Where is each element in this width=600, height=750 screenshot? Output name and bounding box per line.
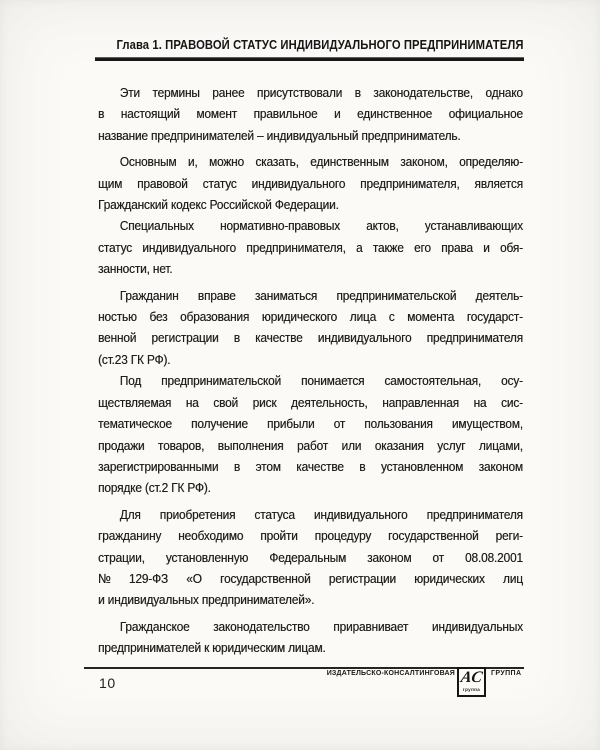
text-line: тематическоеполучениеприбылиотпользовани… <box>98 413 523 434</box>
publisher-logo-caption: группа <box>459 687 484 692</box>
publisher-name-left: ИЗДАТЕЛЬСКО-КОНСАЛТИНГОВАЯ <box>318 670 455 677</box>
paragraph: Подпредпринимательскойпонимаетсясамостоя… <box>98 370 523 498</box>
word: № <box>98 568 111 589</box>
word: Специальных <box>120 215 194 236</box>
word: единственным <box>310 151 389 172</box>
word: однако <box>485 82 522 103</box>
word: пользования <box>364 413 432 434</box>
word: качестве <box>296 456 344 477</box>
word: деятель- <box>476 285 523 306</box>
word: индивидуального <box>318 327 412 348</box>
word: государственной <box>220 568 310 589</box>
word: этом <box>255 456 280 477</box>
text-line: Гражданинвправезаниматьсяпредприниматель… <box>98 285 523 306</box>
publisher-logo: АС группа <box>457 667 486 697</box>
word: также <box>373 237 404 258</box>
word: зарегистрированными <box>98 456 218 477</box>
text-line: Дляприобретениястатусаиндивидуальногопре… <box>98 504 523 525</box>
word: регистрации <box>151 327 218 348</box>
word: щим <box>98 173 122 194</box>
text-line: ществляемаянасвойрискдеятельность,направ… <box>98 392 523 413</box>
word: заниматься <box>255 285 317 306</box>
word: момента <box>407 306 454 327</box>
publisher-monogram-icon: АС <box>457 669 485 687</box>
word: на <box>474 392 487 413</box>
word: гражданину <box>98 525 161 546</box>
text-line: предпринимателей к юридическим лицам. <box>98 637 523 658</box>
word: ранее <box>212 82 244 103</box>
text-line: порядке (ст.2 ГК РФ). <box>98 477 523 498</box>
word: индивидуальных <box>432 616 523 637</box>
word: от <box>432 547 443 568</box>
word: работ <box>297 435 328 456</box>
word: юридического <box>262 306 337 327</box>
word: и, <box>188 151 198 172</box>
word: Для <box>120 504 141 525</box>
text-line: Подпредпринимательскойпонимаетсясамостоя… <box>98 370 523 391</box>
paragraph: Гражданскоезаконодательствоприравниваети… <box>98 616 523 659</box>
word: 129-ФЗ <box>129 568 168 589</box>
word: в <box>359 456 365 477</box>
word: прибыли <box>267 413 315 434</box>
word: венной <box>98 327 136 348</box>
word: и <box>334 103 340 124</box>
page-number: 10 <box>99 675 116 691</box>
word: имуществом, <box>452 413 523 434</box>
word: статус <box>98 237 132 258</box>
word: правильное <box>254 103 318 124</box>
word: на <box>186 392 199 413</box>
word: является <box>474 173 522 194</box>
paragraph: Специальныхнормативно-правовыхактов,уста… <box>98 215 523 279</box>
word: процедуру <box>315 525 371 546</box>
publisher-name-right: ГРУППА <box>491 670 521 677</box>
word: лицами, <box>479 435 523 456</box>
word: самостоятельная, <box>384 370 481 391</box>
text-line: страции,установленнуюФедеральнымзакономо… <box>98 547 523 568</box>
text-line: (ст.23 ГК РФ). <box>98 349 523 370</box>
word: Гражданское <box>120 616 190 637</box>
text-line: продажитоваров,выполненияработилиоказани… <box>98 435 523 456</box>
book-page: Глава 1. ПРАВОВОЙ СТАТУС ИНДИВИДУАЛЬНОГО… <box>0 0 600 750</box>
word: можно <box>209 151 244 172</box>
word: качестве <box>255 327 303 348</box>
word: или <box>341 435 361 456</box>
word: момент <box>196 103 237 124</box>
word: сказать, <box>255 151 298 172</box>
word: предпринимательской <box>336 285 456 306</box>
text-line: Основными,можносказать,единственнымзакон… <box>98 151 523 172</box>
word: и <box>483 237 489 258</box>
word: а <box>356 237 362 258</box>
word: настоящий <box>121 103 180 124</box>
word: без <box>149 306 167 327</box>
word: законом <box>367 547 411 568</box>
text-line: Этитерминыранееприсутствоваливзаконодате… <box>98 82 523 103</box>
word: Под <box>120 370 141 391</box>
word: индивидуального <box>252 173 346 194</box>
word: услуг <box>437 435 465 456</box>
word: с <box>389 306 395 327</box>
text-line: Гражданскоезаконодательствоприравниваети… <box>98 616 523 637</box>
word: необходимо <box>178 525 243 546</box>
paragraph: Основными,можносказать,единственнымзакон… <box>98 151 523 215</box>
word: термины <box>152 82 199 103</box>
word: ществляемая <box>98 392 171 413</box>
word: приравнивает <box>333 616 408 637</box>
word: страции, <box>98 547 145 568</box>
word: актов, <box>366 215 399 236</box>
word: лиц <box>503 568 523 589</box>
text-line: занности, нет. <box>98 258 523 279</box>
word: пройти <box>260 525 297 546</box>
text-line: №129-ФЗ«Огосударственнойрегистрацииюриди… <box>98 568 523 589</box>
word: риск <box>253 392 277 413</box>
text-line: веннойрегистрациивкачествеиндивидуальног… <box>98 327 523 348</box>
paragraph: Дляприобретениястатусаиндивидуальногопре… <box>98 504 523 611</box>
word: товаров, <box>158 435 204 456</box>
header-rule <box>95 57 524 61</box>
text-line: щимправовойстатусиндивидуальногопредприн… <box>98 173 523 194</box>
word: обя- <box>500 237 523 258</box>
word: статус <box>203 173 237 194</box>
text-line: название предпринимателей – индивидуальн… <box>98 125 523 146</box>
word: в <box>98 103 104 124</box>
text-line: и индивидуальных предпринимателей». <box>98 589 523 610</box>
word: государст- <box>467 306 523 327</box>
word: предпринимателя <box>427 327 523 348</box>
word: оказания <box>375 435 424 456</box>
word: от <box>334 413 345 434</box>
word: предпринимателя, <box>360 173 459 194</box>
word: законом, <box>400 151 447 172</box>
word: предпринимательской <box>161 370 281 391</box>
word: образования <box>180 306 249 327</box>
word: предпринимателя <box>427 504 523 525</box>
word: установленном <box>381 456 463 477</box>
word: понимается <box>301 370 364 391</box>
word: сис- <box>501 392 523 413</box>
text-line: гражданинунеобходимопройтипроцедуругосуд… <box>98 525 523 546</box>
word: Гражданин <box>120 285 179 306</box>
body-text: Этитерминыранееприсутствоваливзаконодате… <box>98 82 523 659</box>
chapter-header: Глава 1. ПРАВОВОЙ СТАТУС ИНДИВИДУАЛЬНОГО… <box>116 38 502 52</box>
word: приобретения <box>160 504 236 525</box>
word: Эти <box>120 82 140 103</box>
word: вправе <box>198 285 236 306</box>
paragraph: Гражданинвправезаниматьсяпредприниматель… <box>98 285 523 371</box>
word: предпринимателя, <box>246 237 345 258</box>
word: индивидуального <box>142 237 236 258</box>
word: права <box>441 237 473 258</box>
word: Федеральным <box>269 547 346 568</box>
word: индивидуального <box>314 504 408 525</box>
paragraph: Этитерминыранееприсутствоваливзаконодате… <box>98 82 523 146</box>
text-line: Специальныхнормативно-правовыхактов,уста… <box>98 215 523 236</box>
text-line: внастоящиймоментправильноеиединственноео… <box>98 103 523 124</box>
word: в <box>234 456 240 477</box>
word: осу- <box>501 370 523 391</box>
text-line: зарегистрированнымивэтомкачествевустанов… <box>98 456 523 477</box>
word: в <box>234 327 240 348</box>
word: в <box>355 82 361 103</box>
word: ностью <box>98 306 137 327</box>
word: официальное <box>449 103 523 124</box>
text-line: статусиндивидуальногопредпринимателя,ата… <box>98 237 523 258</box>
word: получение <box>191 413 248 434</box>
text-line: ностьюбезобразованияюридическоголицасмом… <box>98 306 523 327</box>
word: «О <box>186 568 202 589</box>
word: свой <box>213 392 238 413</box>
word: единственное <box>357 103 432 124</box>
word: юридических <box>414 568 484 589</box>
word: государственной <box>388 525 478 546</box>
word: тематическое <box>98 413 172 434</box>
word: деятельность, <box>291 392 368 413</box>
word: устанавливающих <box>425 215 523 236</box>
word: 08.08.2001 <box>465 547 523 568</box>
word: регистрации <box>329 568 396 589</box>
word: законодательство <box>213 616 309 637</box>
word: правовой <box>137 173 188 194</box>
word: законом <box>479 456 523 477</box>
word: нормативно-правовых <box>220 215 340 236</box>
word: законодательстве, <box>373 82 473 103</box>
word: установленную <box>166 547 248 568</box>
word: лица <box>350 306 376 327</box>
word: продажи <box>98 435 144 456</box>
word: определяю- <box>459 151 523 172</box>
word: его <box>414 237 431 258</box>
word: присутствовали <box>257 82 342 103</box>
word: направленная <box>382 392 459 413</box>
text-line: Гражданский кодекс Российской Федерации. <box>98 194 523 215</box>
word: выполнения <box>218 435 284 456</box>
word: Основным <box>120 151 177 172</box>
word: статуса <box>254 504 294 525</box>
word: реги- <box>496 525 523 546</box>
